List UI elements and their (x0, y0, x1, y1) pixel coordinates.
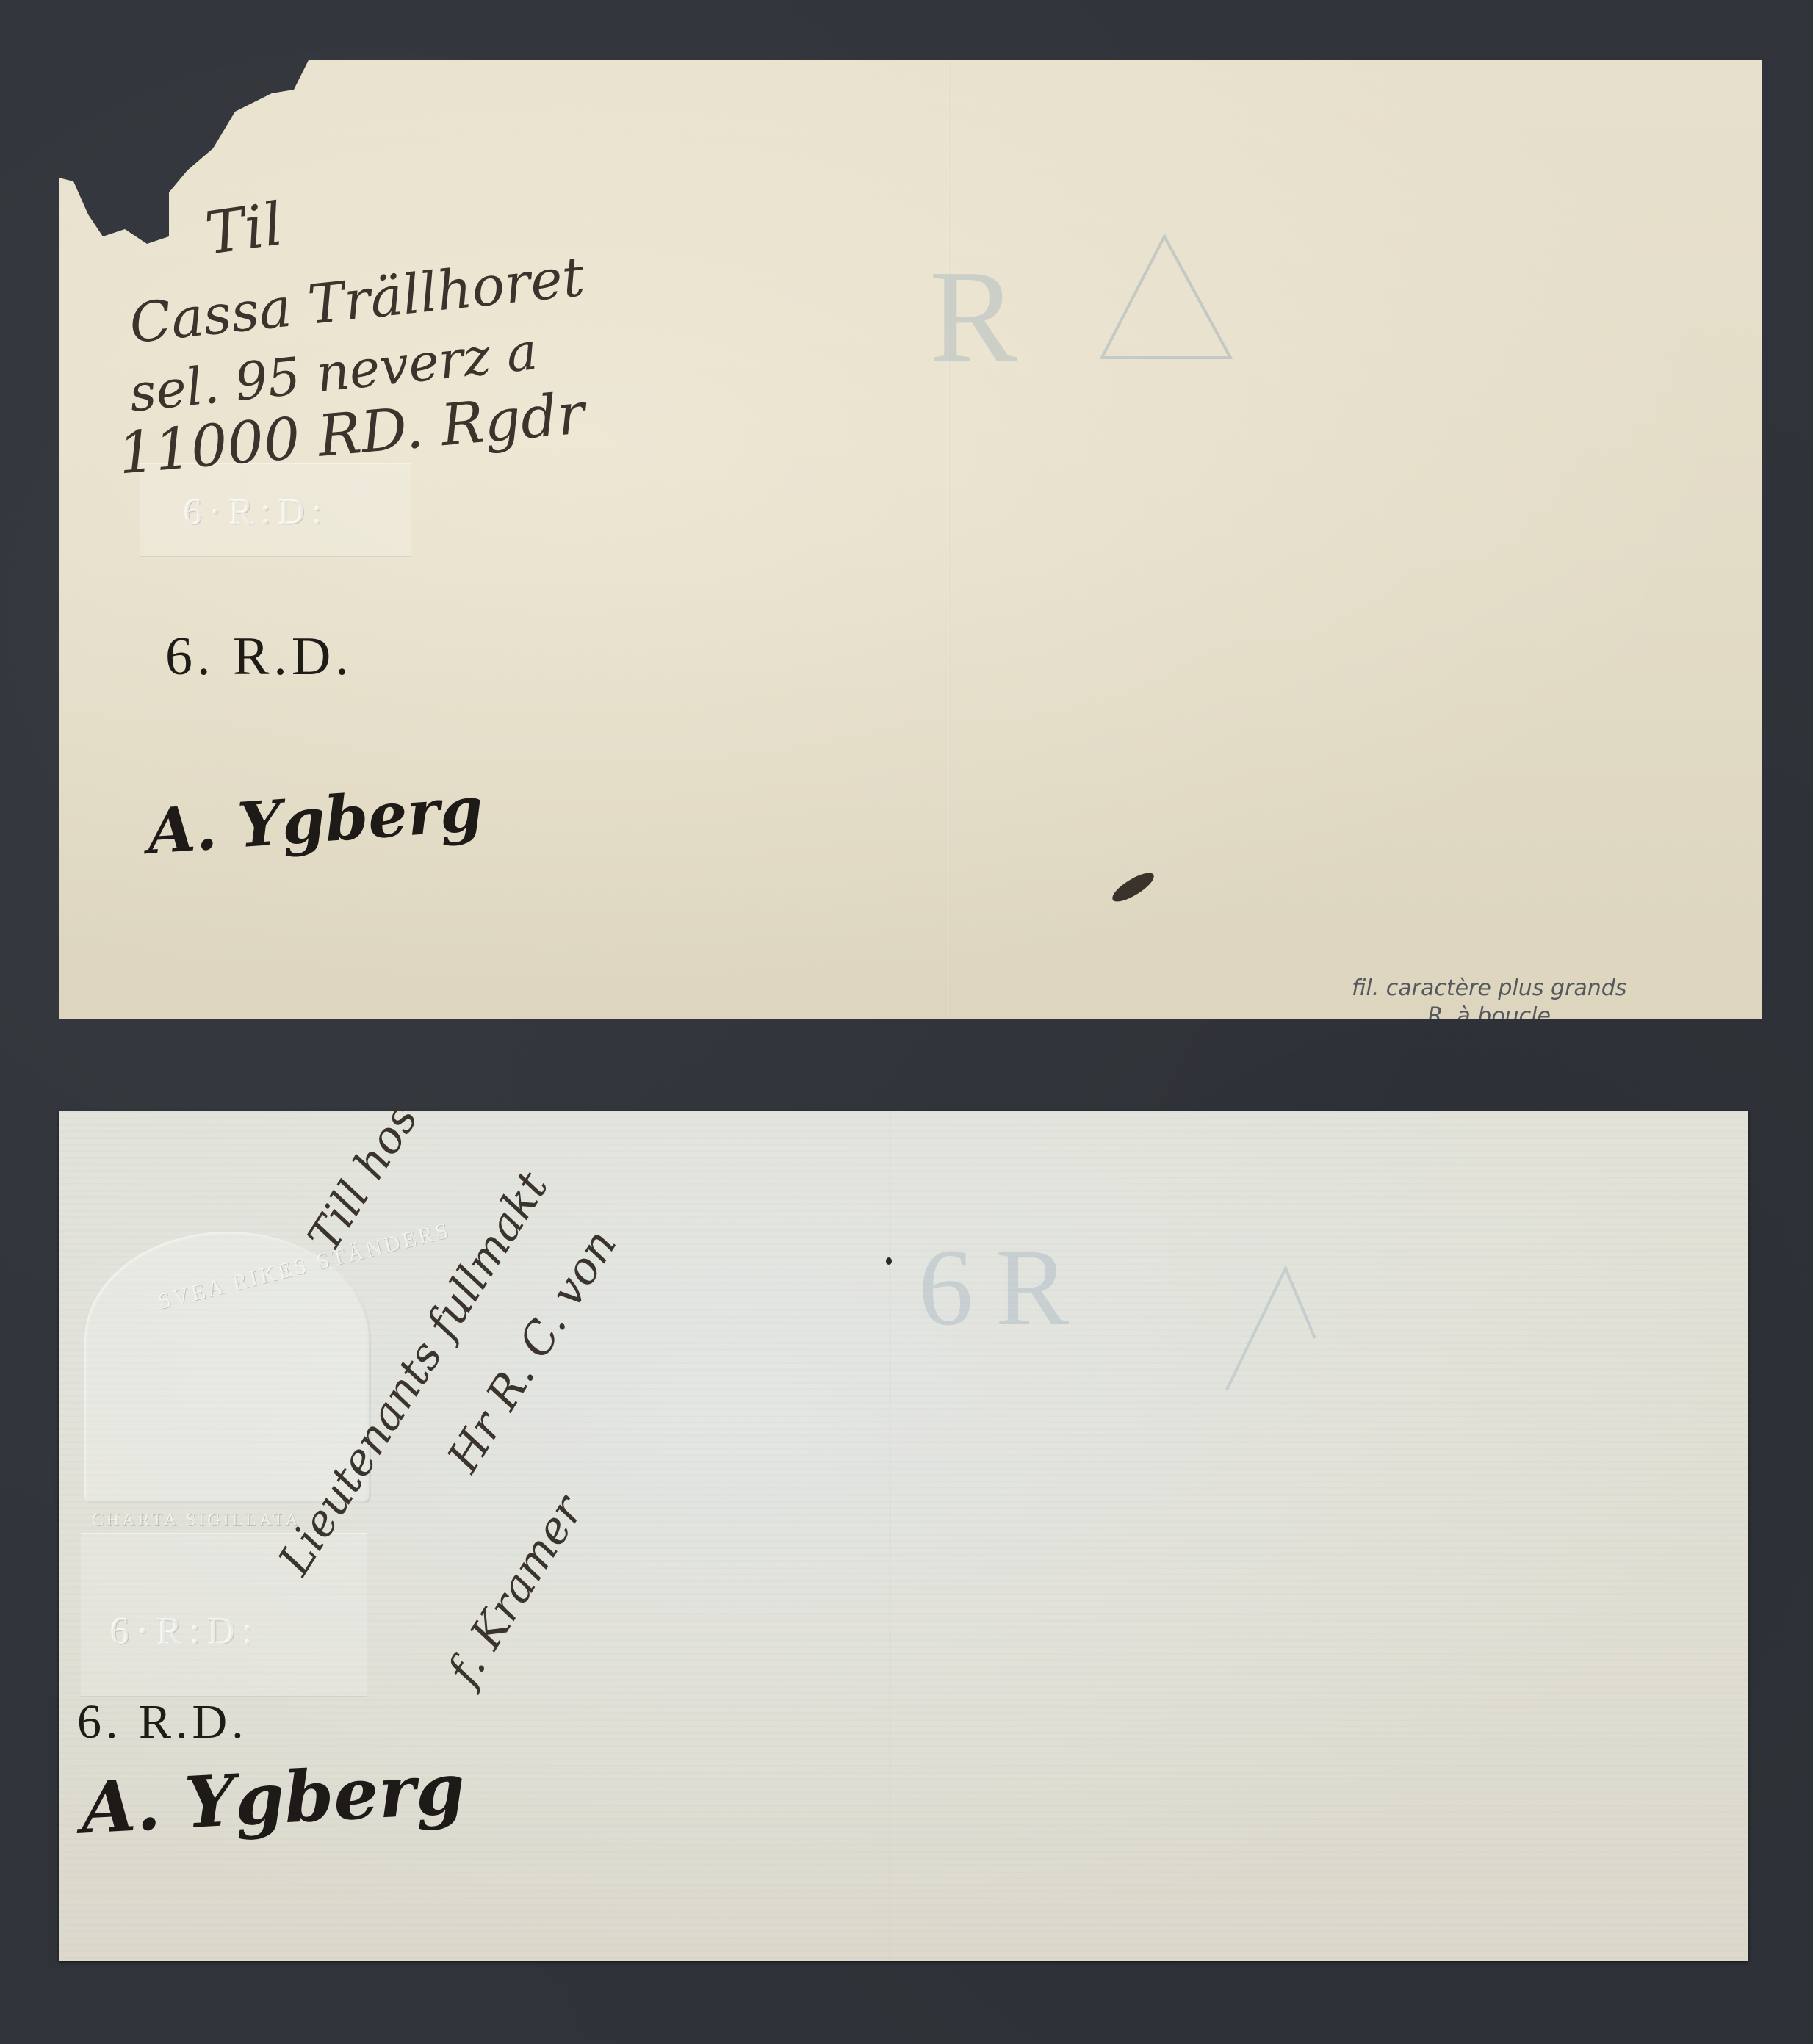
printed-signature: A. Ygberg (79, 1747, 466, 1849)
embossed-value: 6·R:D: (184, 490, 330, 532)
watermark-triangle (1183, 1257, 1344, 1404)
pencil-line-1: fil. caractère plus grands (1352, 975, 1626, 1001)
embossed-value: 6·R:D: (110, 1610, 260, 1653)
watermark-triangle (1095, 229, 1241, 369)
seal-text-bottom: CHARTA SIGILLATA (92, 1511, 301, 1531)
fold-line (948, 60, 950, 1019)
printed-value: 6. R.D. (77, 1694, 248, 1750)
handwriting-line-1: Til (202, 195, 286, 264)
banknote-bottom: SVEA RIKES STÄNDERS CHARTA SIGILLATA 6·R… (59, 1111, 1748, 1961)
banknote-top: 6·R:D: Til Cassa Trällhoret sel. 95 neve… (59, 60, 1762, 1019)
ink-blot (1109, 869, 1158, 906)
fold-line (889, 1111, 891, 1961)
watermark-letters: 6R (918, 1224, 1091, 1351)
handwriting-line-4: f. Kramer (441, 1489, 591, 1692)
printed-value: 6. R.D. (165, 626, 353, 688)
watermark-letter: R (929, 240, 1039, 392)
pinhole (886, 1257, 892, 1265)
printed-signature: A. Ygberg (145, 772, 485, 868)
